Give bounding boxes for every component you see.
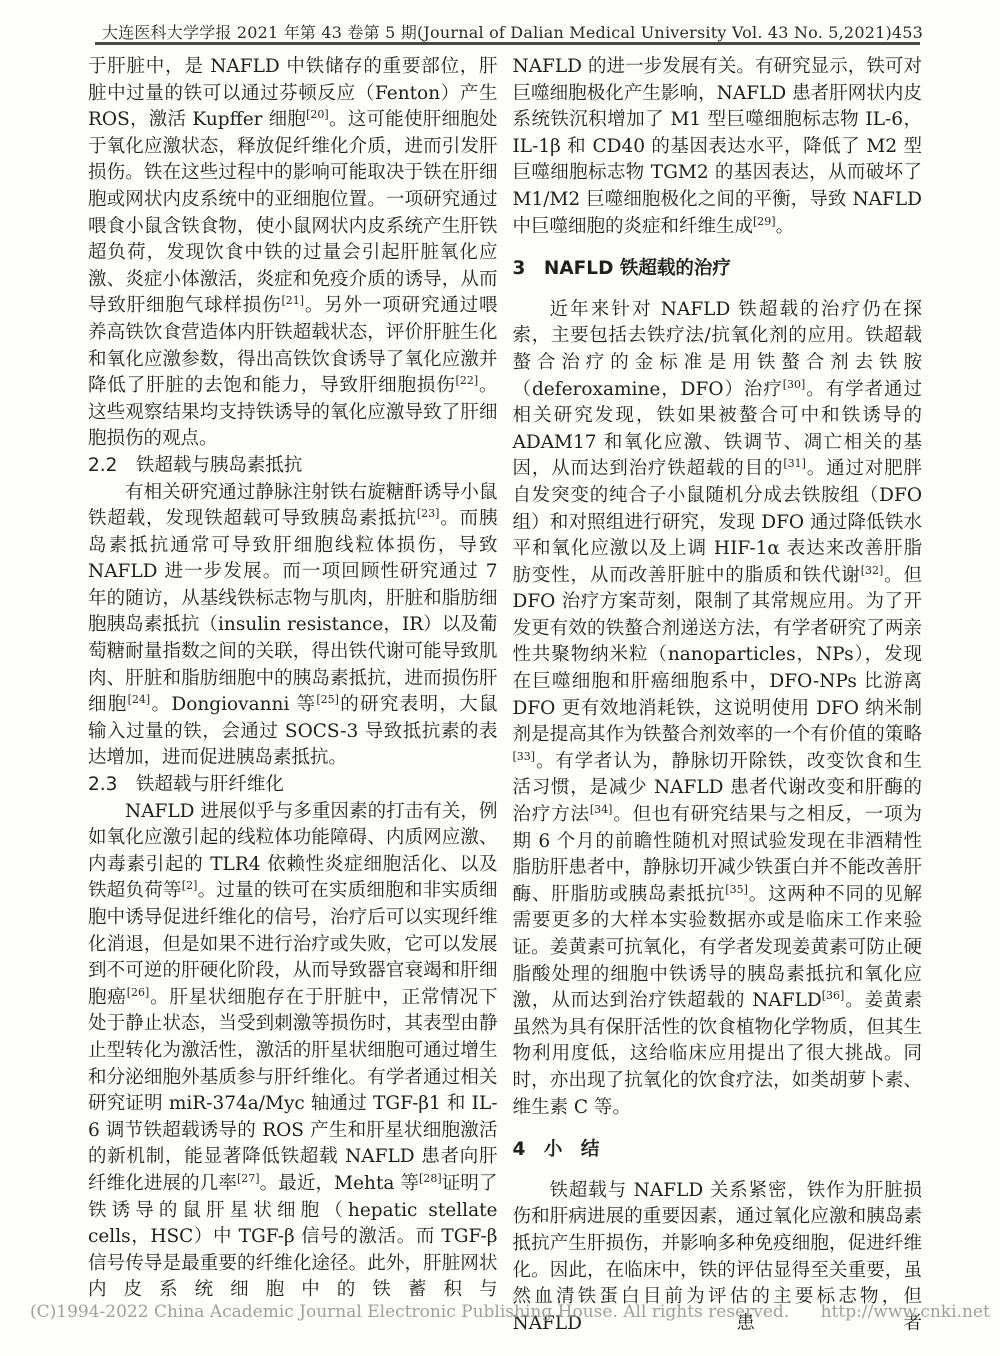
citation-marker: [32] <box>861 564 884 577</box>
citation-marker: [22] <box>456 374 479 387</box>
article-body: 于肝脏中，是 NAFLD 中铁储存的重要部位，肝脏中过量的铁可以通过芬顿反应（F… <box>88 54 922 1337</box>
journal-title: 大连医科大学学报 2021 年第 43 卷第 5 期(Journal of Da… <box>102 20 892 43</box>
page-footer: (C)1994-2022 China Academic Journal Elec… <box>30 1302 970 1322</box>
subsection-heading: 2.2 铁超载与胰岛素抵抗 <box>88 453 498 480</box>
citation-marker: [27] <box>237 1172 260 1185</box>
citation-marker: [34] <box>590 803 613 816</box>
cnki-url: http://www.cnki.net <box>821 1302 990 1322</box>
column-left: 于肝脏中，是 NAFLD 中铁储存的重要部位，肝脏中过量的铁可以通过芬顿反应（F… <box>88 54 498 1337</box>
paragraph: 有相关研究通过静脉注射铁右旋糖酐诱导小鼠铁超载，发现铁超载可导致胰岛素抵抗[23… <box>88 480 498 773</box>
page-container: 大连医科大学学报 2021 年第 43 卷第 5 期(Journal of Da… <box>0 0 1000 1356</box>
subsection-heading: 2.3 铁超载与肝纤维化 <box>88 772 498 799</box>
section-heading: 4 小 结 <box>513 1137 923 1164</box>
paragraph: NAFLD 的进一步发展有关。有研究显示，铁可对巨噬细胞极化产生影响，NAFLD… <box>513 54 923 240</box>
citation-marker: [29] <box>753 214 776 227</box>
section-heading: 3 NAFLD 铁超载的治疗 <box>513 256 923 283</box>
citation-marker: [21] <box>281 294 304 307</box>
citation-marker: [26] <box>127 986 150 999</box>
citation-marker: [23] <box>417 507 440 520</box>
page-number: 453 <box>892 23 923 42</box>
copyright-text: (C)1994-2022 China Academic Journal Elec… <box>30 1302 789 1322</box>
header-rule <box>95 42 920 45</box>
citation-marker: [24] <box>128 693 151 706</box>
paragraph: NAFLD 进展似乎与多重因素的打击有关，例如氧化应激引起的线粒体功能障碍、内质… <box>88 799 498 1304</box>
citation-marker: [20] <box>306 108 329 121</box>
citation-marker: [25] <box>316 693 339 706</box>
paragraph: 近年来针对 NAFLD 铁超载的治疗仍在探索，主要包括去铁疗法/抗氧化剂的应用。… <box>513 297 923 1121</box>
citation-marker: [2] <box>182 879 198 892</box>
paragraph: 于肝脏中，是 NAFLD 中铁储存的重要部位，肝脏中过量的铁可以通过芬顿反应（F… <box>88 54 498 453</box>
citation-marker: [35] <box>725 883 748 896</box>
citation-marker: [30] <box>783 377 806 390</box>
citation-marker: [36] <box>822 989 845 1002</box>
column-right: NAFLD 的进一步发展有关。有研究显示，铁可对巨噬细胞极化产生影响，NAFLD… <box>513 54 923 1337</box>
page-header: 大连医科大学学报 2021 年第 43 卷第 5 期(Journal of Da… <box>102 20 922 43</box>
citation-marker: [33] <box>513 750 536 763</box>
citation-marker: [28] <box>419 1172 442 1185</box>
citation-marker: [31] <box>783 457 806 470</box>
